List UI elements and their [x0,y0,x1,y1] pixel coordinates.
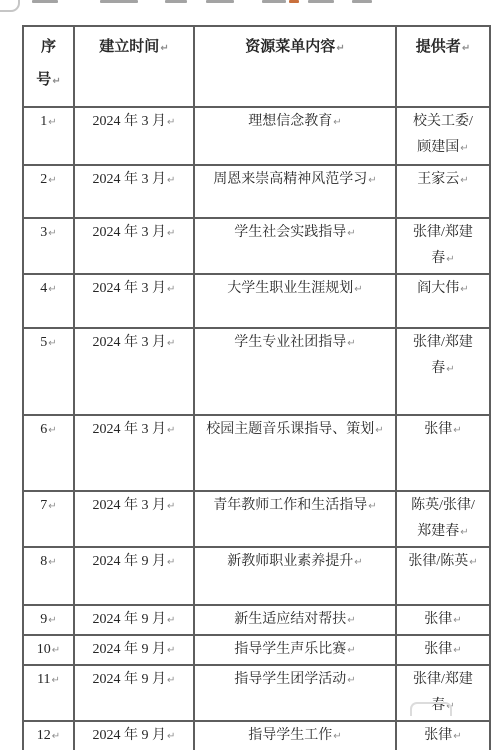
table-row: 2↵2024 年 3 月↵周恩来崇高精神风范学习↵王家云↵ [23,165,490,218]
paragraph-mark: ↵ [453,645,461,656]
serial-cell-text: 11 [37,672,50,687]
header-provider: 提供者↵ [396,26,490,107]
paragraph-mark: ↵ [48,338,56,349]
header-content: 资源菜单内容↵ [194,26,396,107]
serial-cell: 11↵ [23,665,74,721]
paragraph-mark: ↵ [453,615,461,626]
content-cell: 指导学生声乐比赛↵ [194,635,396,665]
text-fragment [308,0,334,3]
provider-cell: 王家云↵ [396,165,490,218]
paragraph-mark: ↵ [460,527,468,538]
content-cell-text: 新教师职业素养提升 [227,554,353,569]
date-cell: 2024 年 3 月↵ [74,107,194,165]
text-fragment-accent [289,0,299,3]
paragraph-mark: ↵ [52,645,60,656]
serial-cell: 4↵ [23,274,74,328]
serial-cell: 1↵ [23,107,74,165]
table-row: 1↵2024 年 3 月↵理想信念教育↵校关工委/ 顾建国↵ [23,107,490,165]
date-cell: 2024 年 9 月↵ [74,635,194,665]
table-row: 3↵2024 年 3 月↵学生社会实践指导↵张律/郑建 春↵ [23,218,490,274]
document-page: 序 号↵ 建立时间↵ 资源菜单内容↵ 提供者↵ 1↵2024 年 3 月↵理想信… [0,0,499,750]
paragraph-mark: ↵ [347,675,355,686]
content-cell-text: 学生专业社团指导 [234,335,346,350]
serial-cell: 3↵ [23,218,74,274]
paragraph-mark: ↵ [52,731,60,742]
paragraph-mark: ↵ [167,615,175,626]
provider-cell: 张律/郑建 春↵ [396,328,490,415]
paragraph-mark: ↵ [167,284,175,295]
paragraph-mark: ↵ [347,228,355,239]
paragraph-mark: ↵ [368,175,376,186]
provider-cell-text: 王家云 [417,172,459,187]
date-cell-text: 2024 年 3 月 [93,225,167,240]
provider-cell: 阎大伟↵ [396,274,490,328]
table-row: 10↵2024 年 9 月↵指导学生声乐比赛↵张律↵ [23,635,490,665]
paragraph-mark: ↵ [167,731,175,742]
provider-cell: 张律↵ [396,415,490,491]
date-cell: 2024 年 3 月↵ [74,165,194,218]
provider-cell: 张律↵ [396,635,490,665]
provider-cell-text: 张律/陈英 [408,554,468,569]
paragraph-mark: ↵ [336,43,344,54]
resource-table-header: 序 号↵ 建立时间↵ 资源菜单内容↵ 提供者↵ [23,26,490,107]
paragraph-mark: ↵ [333,117,341,128]
top-left-rounded-corner [0,0,20,12]
date-cell: 2024 年 3 月↵ [74,218,194,274]
provider-cell-text: 张律/郑建 春 [413,335,473,376]
serial-cell-text: 10 [37,642,51,657]
serial-cell: 9↵ [23,605,74,635]
paragraph-mark: ↵ [48,501,56,512]
paragraph-mark: ↵ [167,228,175,239]
content-cell: 青年教师工作和生活指导↵ [194,491,396,547]
paragraph-mark: ↵ [460,175,468,186]
provider-cell-text: 阎大伟 [417,281,459,296]
paragraph-mark: ↵ [160,43,168,54]
paragraph-mark: ↵ [48,117,56,128]
paragraph-mark: ↵ [52,76,60,87]
provider-cell: 陈英/张律/ 郑建春↵ [396,491,490,547]
header-serial: 序 号↵ [23,26,74,107]
content-cell-text: 青年教师工作和生活指导 [213,498,367,513]
paragraph-mark: ↵ [469,557,477,568]
text-fragment [262,0,286,3]
paragraph-mark: ↵ [354,284,362,295]
paragraph-mark: ↵ [48,425,56,436]
date-cell: 2024 年 3 月↵ [74,328,194,415]
paragraph-mark: ↵ [347,645,355,656]
paragraph-mark: ↵ [167,557,175,568]
provider-cell: 张律/郑建 春↵ [396,218,490,274]
serial-cell-text: 7 [40,498,47,513]
paragraph-mark: ↵ [48,228,56,239]
provider-cell-text: 张律 [424,612,452,627]
provider-cell: 张律/陈英↵ [396,547,490,605]
content-cell-text: 指导学生声乐比赛 [234,642,346,657]
date-cell-text: 2024 年 9 月 [93,554,167,569]
date-cell-text: 2024 年 3 月 [93,422,167,437]
paragraph-mark: ↵ [333,731,341,742]
serial-cell-text: 3 [40,225,47,240]
content-cell: 学生专业社团指导↵ [194,328,396,415]
serial-cell: 12↵ [23,721,74,750]
serial-cell-text: 4 [40,281,47,296]
provider-cell-text: 张律 [424,642,452,657]
header-date-text: 建立时间 [99,39,159,55]
date-cell-text: 2024 年 3 月 [93,172,167,187]
serial-cell: 10↵ [23,635,74,665]
paragraph-mark: ↵ [347,338,355,349]
date-cell: 2024 年 3 月↵ [74,415,194,491]
table-row: 4↵2024 年 3 月↵大学生职业生涯规划↵阎大伟↵ [23,274,490,328]
table-row: 5↵2024 年 3 月↵学生专业社团指导↵张律/郑建 春↵ [23,328,490,415]
provider-cell-text: 张律/郑建 春 [413,225,473,266]
resource-table-body: 1↵2024 年 3 月↵理想信念教育↵校关工委/ 顾建国↵2↵2024 年 3… [23,107,490,750]
paragraph-mark: ↵ [446,364,454,375]
serial-cell: 2↵ [23,165,74,218]
paragraph-mark: ↵ [354,557,362,568]
date-cell: 2024 年 3 月↵ [74,491,194,547]
content-cell: 学生社会实践指导↵ [194,218,396,274]
content-cell: 理想信念教育↵ [194,107,396,165]
header-content-text: 资源菜单内容 [245,39,335,55]
paragraph-mark: ↵ [167,175,175,186]
paragraph-mark: ↵ [453,731,461,742]
paragraph-mark: ↵ [167,501,175,512]
date-cell: 2024 年 9 月↵ [74,605,194,635]
content-cell-text: 理想信念教育 [248,114,332,129]
paragraph-mark: ↵ [368,501,376,512]
paragraph-mark: ↵ [167,675,175,686]
paragraph-mark: ↵ [453,425,461,436]
content-cell-text: 指导学生团学活动 [234,672,346,687]
serial-cell: 6↵ [23,415,74,491]
serial-cell-text: 9 [40,612,47,627]
header-date: 建立时间↵ [74,26,194,107]
paragraph-mark: ↵ [462,43,470,54]
provider-cell: 张律↵ [396,605,490,635]
bottom-cutoff-shape [410,702,452,716]
date-cell: 2024 年 9 月↵ [74,547,194,605]
paragraph-mark: ↵ [347,615,355,626]
content-cell: 大学生职业生涯规划↵ [194,274,396,328]
date-cell-text: 2024 年 3 月 [93,498,167,513]
content-cell-text: 学生社会实践指导 [234,225,346,240]
date-cell-text: 2024 年 3 月 [93,281,167,296]
text-fragment [352,0,372,3]
date-cell-text: 2024 年 3 月 [93,335,167,350]
provider-cell-text: 张律 [424,728,452,743]
date-cell-text: 2024 年 9 月 [93,728,167,743]
serial-cell-text: 8 [40,554,47,569]
paragraph-mark: ↵ [48,175,56,186]
table-row: 7↵2024 年 3 月↵青年教师工作和生活指导↵陈英/张律/ 郑建春↵ [23,491,490,547]
content-cell: 校园主题音乐课指导、策划↵ [194,415,396,491]
date-cell-text: 2024 年 9 月 [93,612,167,627]
resource-table: 序 号↵ 建立时间↵ 资源菜单内容↵ 提供者↵ 1↵2024 年 3 月↵理想信… [22,25,491,750]
table-row: 6↵2024 年 3 月↵校园主题音乐课指导、策划↵张律↵ [23,415,490,491]
header-provider-text: 提供者 [416,39,461,55]
table-row: 8↵2024 年 9 月↵新教师职业素养提升↵张律/陈英↵ [23,547,490,605]
paragraph-mark: ↵ [167,117,175,128]
text-fragment [165,0,187,3]
paragraph-mark: ↵ [460,143,468,154]
content-cell-text: 新生适应结对帮扶 [234,612,346,627]
date-cell: 2024 年 9 月↵ [74,665,194,721]
paragraph-mark: ↵ [167,338,175,349]
serial-cell-text: 5 [40,335,47,350]
paragraph-mark: ↵ [375,425,383,436]
serial-cell-text: 12 [37,728,51,743]
paragraph-mark: ↵ [52,675,60,686]
provider-cell: 张律↵ [396,721,490,750]
content-cell: 新生适应结对帮扶↵ [194,605,396,635]
content-cell-text: 周恩来崇高精神风范学习 [213,172,367,187]
paragraph-mark: ↵ [167,425,175,436]
content-cell-text: 大学生职业生涯规划 [227,281,353,296]
date-cell-text: 2024 年 9 月 [93,642,167,657]
header-row: 序 号↵ 建立时间↵ 资源菜单内容↵ 提供者↵ [23,26,490,107]
paragraph-mark: ↵ [460,284,468,295]
serial-cell-text: 6 [40,422,47,437]
provider-cell-text: 张律 [424,422,452,437]
text-fragment [100,0,138,3]
serial-cell: 7↵ [23,491,74,547]
content-cell-text: 指导学生工作 [248,728,332,743]
paragraph-mark: ↵ [48,615,56,626]
provider-cell: 校关工委/ 顾建国↵ [396,107,490,165]
serial-cell-text: 2 [40,172,47,187]
paragraph-mark: ↵ [48,284,56,295]
date-cell: 2024 年 3 月↵ [74,274,194,328]
paragraph-mark: ↵ [446,254,454,265]
serial-cell: 5↵ [23,328,74,415]
serial-cell: 8↵ [23,547,74,605]
content-cell: 新教师职业素养提升↵ [194,547,396,605]
content-cell: 指导学生团学活动↵ [194,665,396,721]
paragraph-mark: ↵ [167,645,175,656]
content-cell: 指导学生工作↵ [194,721,396,750]
content-cell: 周恩来崇高精神风范学习↵ [194,165,396,218]
date-cell-text: 2024 年 3 月 [93,114,167,129]
paragraph-mark: ↵ [48,557,56,568]
serial-cell-text: 1 [40,114,47,129]
table-row: 9↵2024 年 9 月↵新生适应结对帮扶↵张律↵ [23,605,490,635]
text-fragment [32,0,58,3]
date-cell: 2024 年 9 月↵ [74,721,194,750]
text-fragment [206,0,234,3]
content-cell-text: 校园主题音乐课指导、策划 [206,422,374,437]
table-row: 12↵2024 年 9 月↵指导学生工作↵张律↵ [23,721,490,750]
date-cell-text: 2024 年 9 月 [93,672,167,687]
